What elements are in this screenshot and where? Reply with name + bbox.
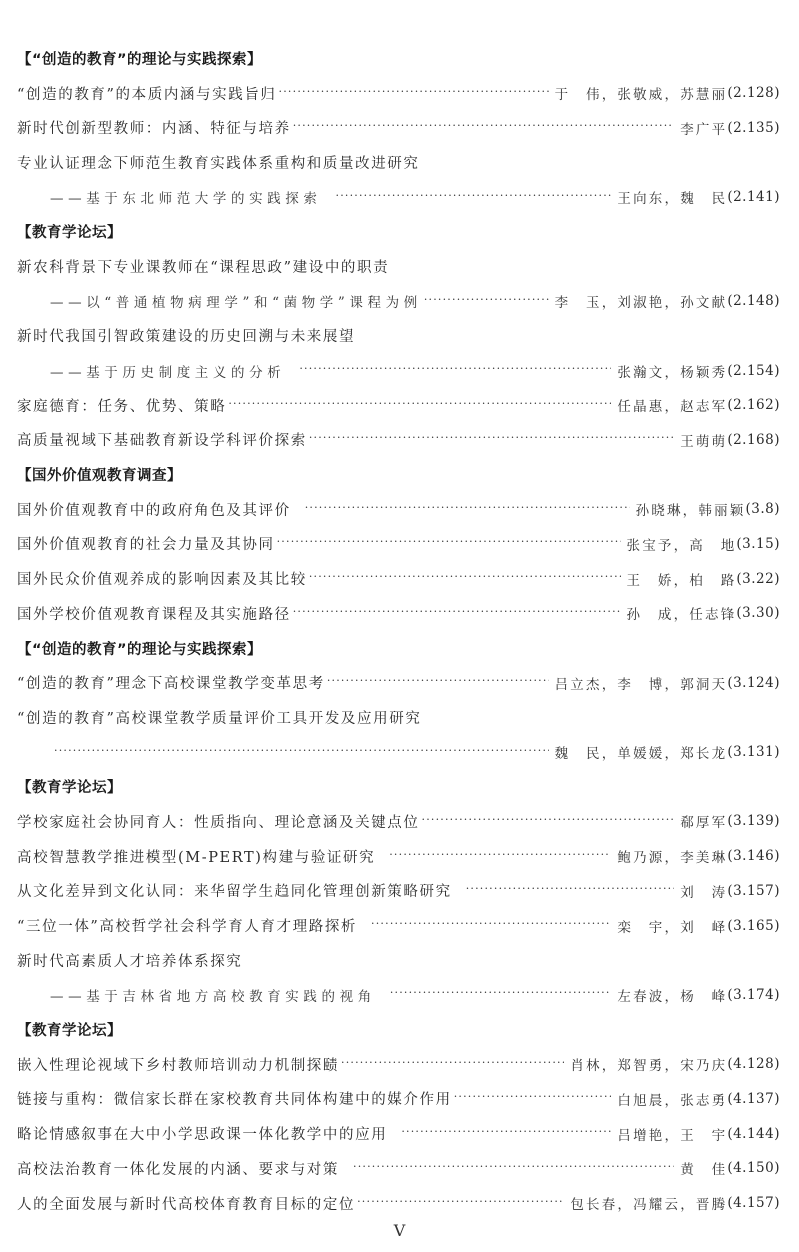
entry-authors: 孙 成，任志锋 bbox=[627, 603, 737, 623]
entry-title: 高校法治教育一体化发展的内涵、要求与对策 bbox=[17, 1158, 339, 1179]
toc-entry[interactable]: 国外价值观教育的社会力量及其协同 张宝予，高 地 (3.15) bbox=[0, 527, 799, 562]
toc-entry[interactable]: “创造的教育”理念下高校课堂教学变革思考 吕立杰，李 博，郭洞天 (3.124) bbox=[0, 665, 799, 700]
entry-ref: (3.131) bbox=[727, 744, 780, 760]
table-of-contents: 【“创造的教育”的理论与实践探索】 “创造的教育”的本质内涵与实践旨归 于 伟，… bbox=[0, 41, 799, 1220]
toc-entry-subtitle-line[interactable]: ——基于东北师范大学的实践探索 王向东，魏 民 (2.141) bbox=[0, 180, 799, 215]
entry-authors: 栾 宇，刘 峄 bbox=[617, 916, 727, 936]
section-heading: 【“创造的教育”的理论与实践探索】 bbox=[0, 41, 799, 76]
entry-title: 专业认证理念下师范生教育实践体系重构和质量改进研究 bbox=[17, 152, 420, 173]
entry-ref: (3.22) bbox=[736, 571, 780, 587]
leader-dots bbox=[424, 293, 549, 306]
leader-dots bbox=[454, 1090, 612, 1103]
entry-subtitle: ——基于东北师范大学的实践探索 bbox=[50, 187, 322, 207]
toc-entry[interactable]: 人的全面发展与新时代高校体育教育目标的定位 包长春，冯耀云，晋腾 (4.157) bbox=[0, 1186, 799, 1221]
entry-authors: 王向东，魏 民 bbox=[617, 187, 727, 207]
entry-subtitle: ——以“普通植物病理学”和“菌物学”课程为例 bbox=[50, 291, 422, 311]
entry-title: 新时代我国引智政策建设的历史回溯与未来展望 bbox=[17, 325, 355, 346]
toc-entry-title-line[interactable]: “创造的教育”高校课堂教学质量评价工具开发及应用研究 bbox=[0, 700, 799, 735]
entry-ref: (3.146) bbox=[727, 848, 780, 864]
toc-entry[interactable]: 嵌入性理论视域下乡村教师培训动力机制探赜 肖林，郑智勇，宋乃庆 (4.128) bbox=[0, 1047, 799, 1082]
leader-dots bbox=[422, 813, 675, 826]
toc-entry-title-line[interactable]: 新时代高素质人才培养体系探究 bbox=[0, 943, 799, 978]
entry-title: 国外民众价值观养成的影响因素及其比较 bbox=[17, 568, 307, 589]
entry-authors: 郗厚军 bbox=[680, 811, 727, 831]
entry-ref: (4.144) bbox=[727, 1126, 780, 1142]
entry-ref: (3.124) bbox=[727, 675, 780, 691]
entry-title: 略论情感叙事在大中小学思政课一体化教学中的应用 bbox=[17, 1123, 387, 1144]
entry-ref: (3.139) bbox=[727, 813, 780, 829]
entry-authors: 肖林，郑智勇，宋乃庆 bbox=[570, 1054, 727, 1074]
toc-entry-title-line[interactable]: 新时代我国引智政策建设的历史回溯与未来展望 bbox=[0, 319, 799, 354]
entry-ref: (3.8) bbox=[745, 501, 780, 517]
leader-dots bbox=[401, 1125, 611, 1138]
leader-dots bbox=[357, 1195, 564, 1208]
entry-title: 链接与重构：微信家长群在家校教育共同体构建中的媒介作用 bbox=[17, 1088, 452, 1109]
entry-title: “三位一体”高校哲学社会科学育人育才理路探析 bbox=[17, 915, 357, 936]
leader-dots bbox=[309, 431, 674, 444]
entry-authors: 李 玉，刘淑艳，孙文献 bbox=[555, 291, 728, 311]
entry-title: 新时代高素质人才培养体系探究 bbox=[17, 950, 242, 971]
toc-entry[interactable]: 略论情感叙事在大中小学思政课一体化教学中的应用 吕增艳，王 宇 (4.144) bbox=[0, 1116, 799, 1151]
toc-entry-subtitle-line[interactable]: ——基于历史制度主义的分析 张瀚文，杨颖秀 (2.154) bbox=[0, 353, 799, 388]
toc-entry[interactable]: 高校法治教育一体化发展的内涵、要求与对策 黄 佳 (4.150) bbox=[0, 1151, 799, 1186]
entry-title: 高校智慧教学推进模型(M-PERT)构建与验证研究 bbox=[17, 846, 375, 867]
entry-ref: (3.30) bbox=[736, 605, 780, 621]
toc-entry-subtitle-line[interactable]: ——以“普通植物病理学”和“菌物学”课程为例 李 玉，刘淑艳，孙文献 (2.14… bbox=[0, 284, 799, 319]
entry-title: 国外学校价值观教育课程及其实施路径 bbox=[17, 603, 291, 624]
section-heading: 【教育学论坛】 bbox=[0, 214, 799, 249]
entry-authors: 孙晓琳，韩丽颖 bbox=[636, 499, 746, 519]
toc-entry-subtitle-line[interactable]: ——基于吉林省地方高校教育实践的视角 左春波，杨 峰 (3.174) bbox=[0, 978, 799, 1013]
leader-dots bbox=[390, 986, 612, 999]
entry-title: 从文化差异到文化认同：来华留学生趋同化管理创新策略研究 bbox=[17, 880, 452, 901]
section-heading: 【国外价值观教育调查】 bbox=[0, 457, 799, 492]
leader-dots bbox=[389, 848, 611, 861]
entry-authors: 张宝予，高 地 bbox=[627, 534, 737, 554]
toc-entry[interactable]: 国外民众价值观养成的影响因素及其比较 王 娇，柏 路 (3.22) bbox=[0, 561, 799, 596]
entry-authors: 李广平 bbox=[680, 118, 727, 138]
entry-ref: (4.157) bbox=[727, 1195, 780, 1211]
entry-authors: 白旭晨，张志勇 bbox=[617, 1089, 727, 1109]
leader-dots bbox=[466, 882, 675, 895]
section-heading: 【教育学论坛】 bbox=[0, 1012, 799, 1047]
toc-entry[interactable]: “创造的教育”的本质内涵与实践旨归 于 伟，张敬威，苏慧丽 (2.128) bbox=[0, 76, 799, 111]
section-heading: 【“创造的教育”的理论与实践探索】 bbox=[0, 631, 799, 666]
leader-dots bbox=[54, 744, 549, 757]
toc-entry[interactable]: “三位一体”高校哲学社会科学育人育才理路探析 栾 宇，刘 峄 (3.165) bbox=[0, 908, 799, 943]
entry-authors: 魏 民，单媛媛，郑长龙 bbox=[555, 742, 728, 762]
leader-dots bbox=[277, 535, 621, 548]
entry-ref: (4.150) bbox=[727, 1160, 780, 1176]
toc-entry[interactable]: 国外学校价值观教育课程及其实施路径 孙 成，任志锋 (3.30) bbox=[0, 596, 799, 631]
leader-dots bbox=[309, 570, 621, 583]
toc-entry-title-line[interactable]: 专业认证理念下师范生教育实践体系重构和质量改进研究 bbox=[0, 145, 799, 180]
leader-dots bbox=[279, 85, 549, 98]
entry-ref: (3.157) bbox=[727, 883, 780, 899]
leader-dots bbox=[341, 1056, 564, 1069]
entry-authors: 刘 涛 bbox=[680, 881, 727, 901]
entry-ref: (3.165) bbox=[727, 918, 780, 934]
toc-entry[interactable]: 新时代创新型教师：内涵、特征与培养 李广平 (2.135) bbox=[0, 110, 799, 145]
entry-authors: 于 伟，张敬威，苏慧丽 bbox=[555, 83, 728, 103]
entry-authors: 左春波，杨 峰 bbox=[617, 985, 727, 1005]
leader-dots bbox=[299, 362, 611, 375]
entry-authors: 王 娇，柏 路 bbox=[627, 569, 737, 589]
leader-dots bbox=[293, 605, 621, 618]
toc-entry[interactable]: 国外价值观教育中的政府角色及其评价 孙晓琳，韩丽颖 (3.8) bbox=[0, 492, 799, 527]
toc-entry[interactable]: 高质量视域下基础教育新设学科评价探索 王萌萌 (2.168) bbox=[0, 423, 799, 458]
entry-authors: 任晶惠，赵志军 bbox=[617, 395, 727, 415]
entry-ref: (2.154) bbox=[727, 363, 780, 379]
entry-title: 学校家庭社会协同育人：性质指向、理论意涵及关键点位 bbox=[17, 811, 420, 832]
entry-authors: 王萌萌 bbox=[680, 430, 727, 450]
entry-title: “创造的教育”高校课堂教学质量评价工具开发及应用研究 bbox=[17, 707, 421, 728]
entry-ref: (3.174) bbox=[727, 987, 780, 1003]
toc-entry-title-line[interactable]: 新农科背景下专业课教师在“课程思政”建设中的职责 bbox=[0, 249, 799, 284]
toc-entry-subtitle-line[interactable]: 魏 民，单媛媛，郑长龙 (3.131) bbox=[0, 735, 799, 770]
entry-authors: 吕增艳，王 宇 bbox=[617, 1124, 727, 1144]
section-heading: 【教育学论坛】 bbox=[0, 769, 799, 804]
entry-title: 国外价值观教育的社会力量及其协同 bbox=[17, 533, 275, 554]
entry-title: “创造的教育”理念下高校课堂教学变革思考 bbox=[17, 672, 325, 693]
entry-title: “创造的教育”的本质内涵与实践旨归 bbox=[17, 83, 277, 104]
entry-ref: (2.128) bbox=[727, 85, 780, 101]
entry-subtitle: ——基于历史制度主义的分析 bbox=[50, 361, 285, 381]
entry-ref: (2.148) bbox=[727, 293, 780, 309]
toc-entry[interactable]: 从文化差异到文化认同：来华留学生趋同化管理创新策略研究 刘 涛 (3.157) bbox=[0, 874, 799, 909]
entry-ref: (2.162) bbox=[727, 397, 780, 413]
entry-title: 新时代创新型教师：内涵、特征与培养 bbox=[17, 117, 291, 138]
entry-title: 嵌入性理论视域下乡村教师培训动力机制探赜 bbox=[17, 1054, 339, 1075]
leader-dots bbox=[305, 501, 630, 514]
entry-title: 新农科背景下专业课教师在“课程思政”建设中的职责 bbox=[17, 256, 389, 277]
leader-dots bbox=[228, 397, 611, 410]
entry-ref: (2.168) bbox=[727, 432, 780, 448]
entry-ref: (2.135) bbox=[727, 120, 780, 136]
entry-authors: 张瀚文，杨颖秀 bbox=[617, 361, 727, 381]
entry-ref: (2.141) bbox=[727, 189, 780, 205]
entry-title: 国外价值观教育中的政府角色及其评价 bbox=[17, 499, 291, 520]
entry-title: 家庭德育：任务、优势、策略 bbox=[17, 395, 226, 416]
leader-dots bbox=[327, 674, 549, 687]
entry-authors: 鲍乃源，李美琳 bbox=[617, 846, 727, 866]
entry-title: 高质量视域下基础教育新设学科评价探索 bbox=[17, 429, 307, 450]
entry-ref: (3.15) bbox=[736, 536, 780, 552]
leader-dots bbox=[293, 119, 675, 132]
entry-ref: (4.137) bbox=[727, 1091, 780, 1107]
entry-authors: 黄 佳 bbox=[680, 1158, 727, 1178]
leader-dots bbox=[336, 189, 612, 202]
entry-authors: 包长春，冯耀云，晋腾 bbox=[570, 1193, 727, 1213]
toc-entry[interactable]: 链接与重构：微信家长群在家校教育共同体构建中的媒介作用 白旭晨，张志勇 (4.1… bbox=[0, 1082, 799, 1117]
leader-dots bbox=[371, 917, 611, 930]
page-number: V bbox=[0, 1221, 799, 1240]
toc-entry[interactable]: 学校家庭社会协同育人：性质指向、理论意涵及关键点位 郗厚军 (3.139) bbox=[0, 804, 799, 839]
toc-entry[interactable]: 家庭德育：任务、优势、策略 任晶惠，赵志军 (2.162) bbox=[0, 388, 799, 423]
entry-authors: 吕立杰，李 博，郭洞天 bbox=[555, 673, 728, 693]
entry-subtitle: ——基于吉林省地方高校教育实践的视角 bbox=[50, 985, 376, 1005]
toc-entry[interactable]: 高校智慧教学推进模型(M-PERT)构建与验证研究 鲍乃源，李美琳 (3.146… bbox=[0, 839, 799, 874]
leader-dots bbox=[353, 1160, 674, 1173]
entry-ref: (4.128) bbox=[727, 1056, 780, 1072]
entry-title: 人的全面发展与新时代高校体育教育目标的定位 bbox=[17, 1193, 355, 1214]
